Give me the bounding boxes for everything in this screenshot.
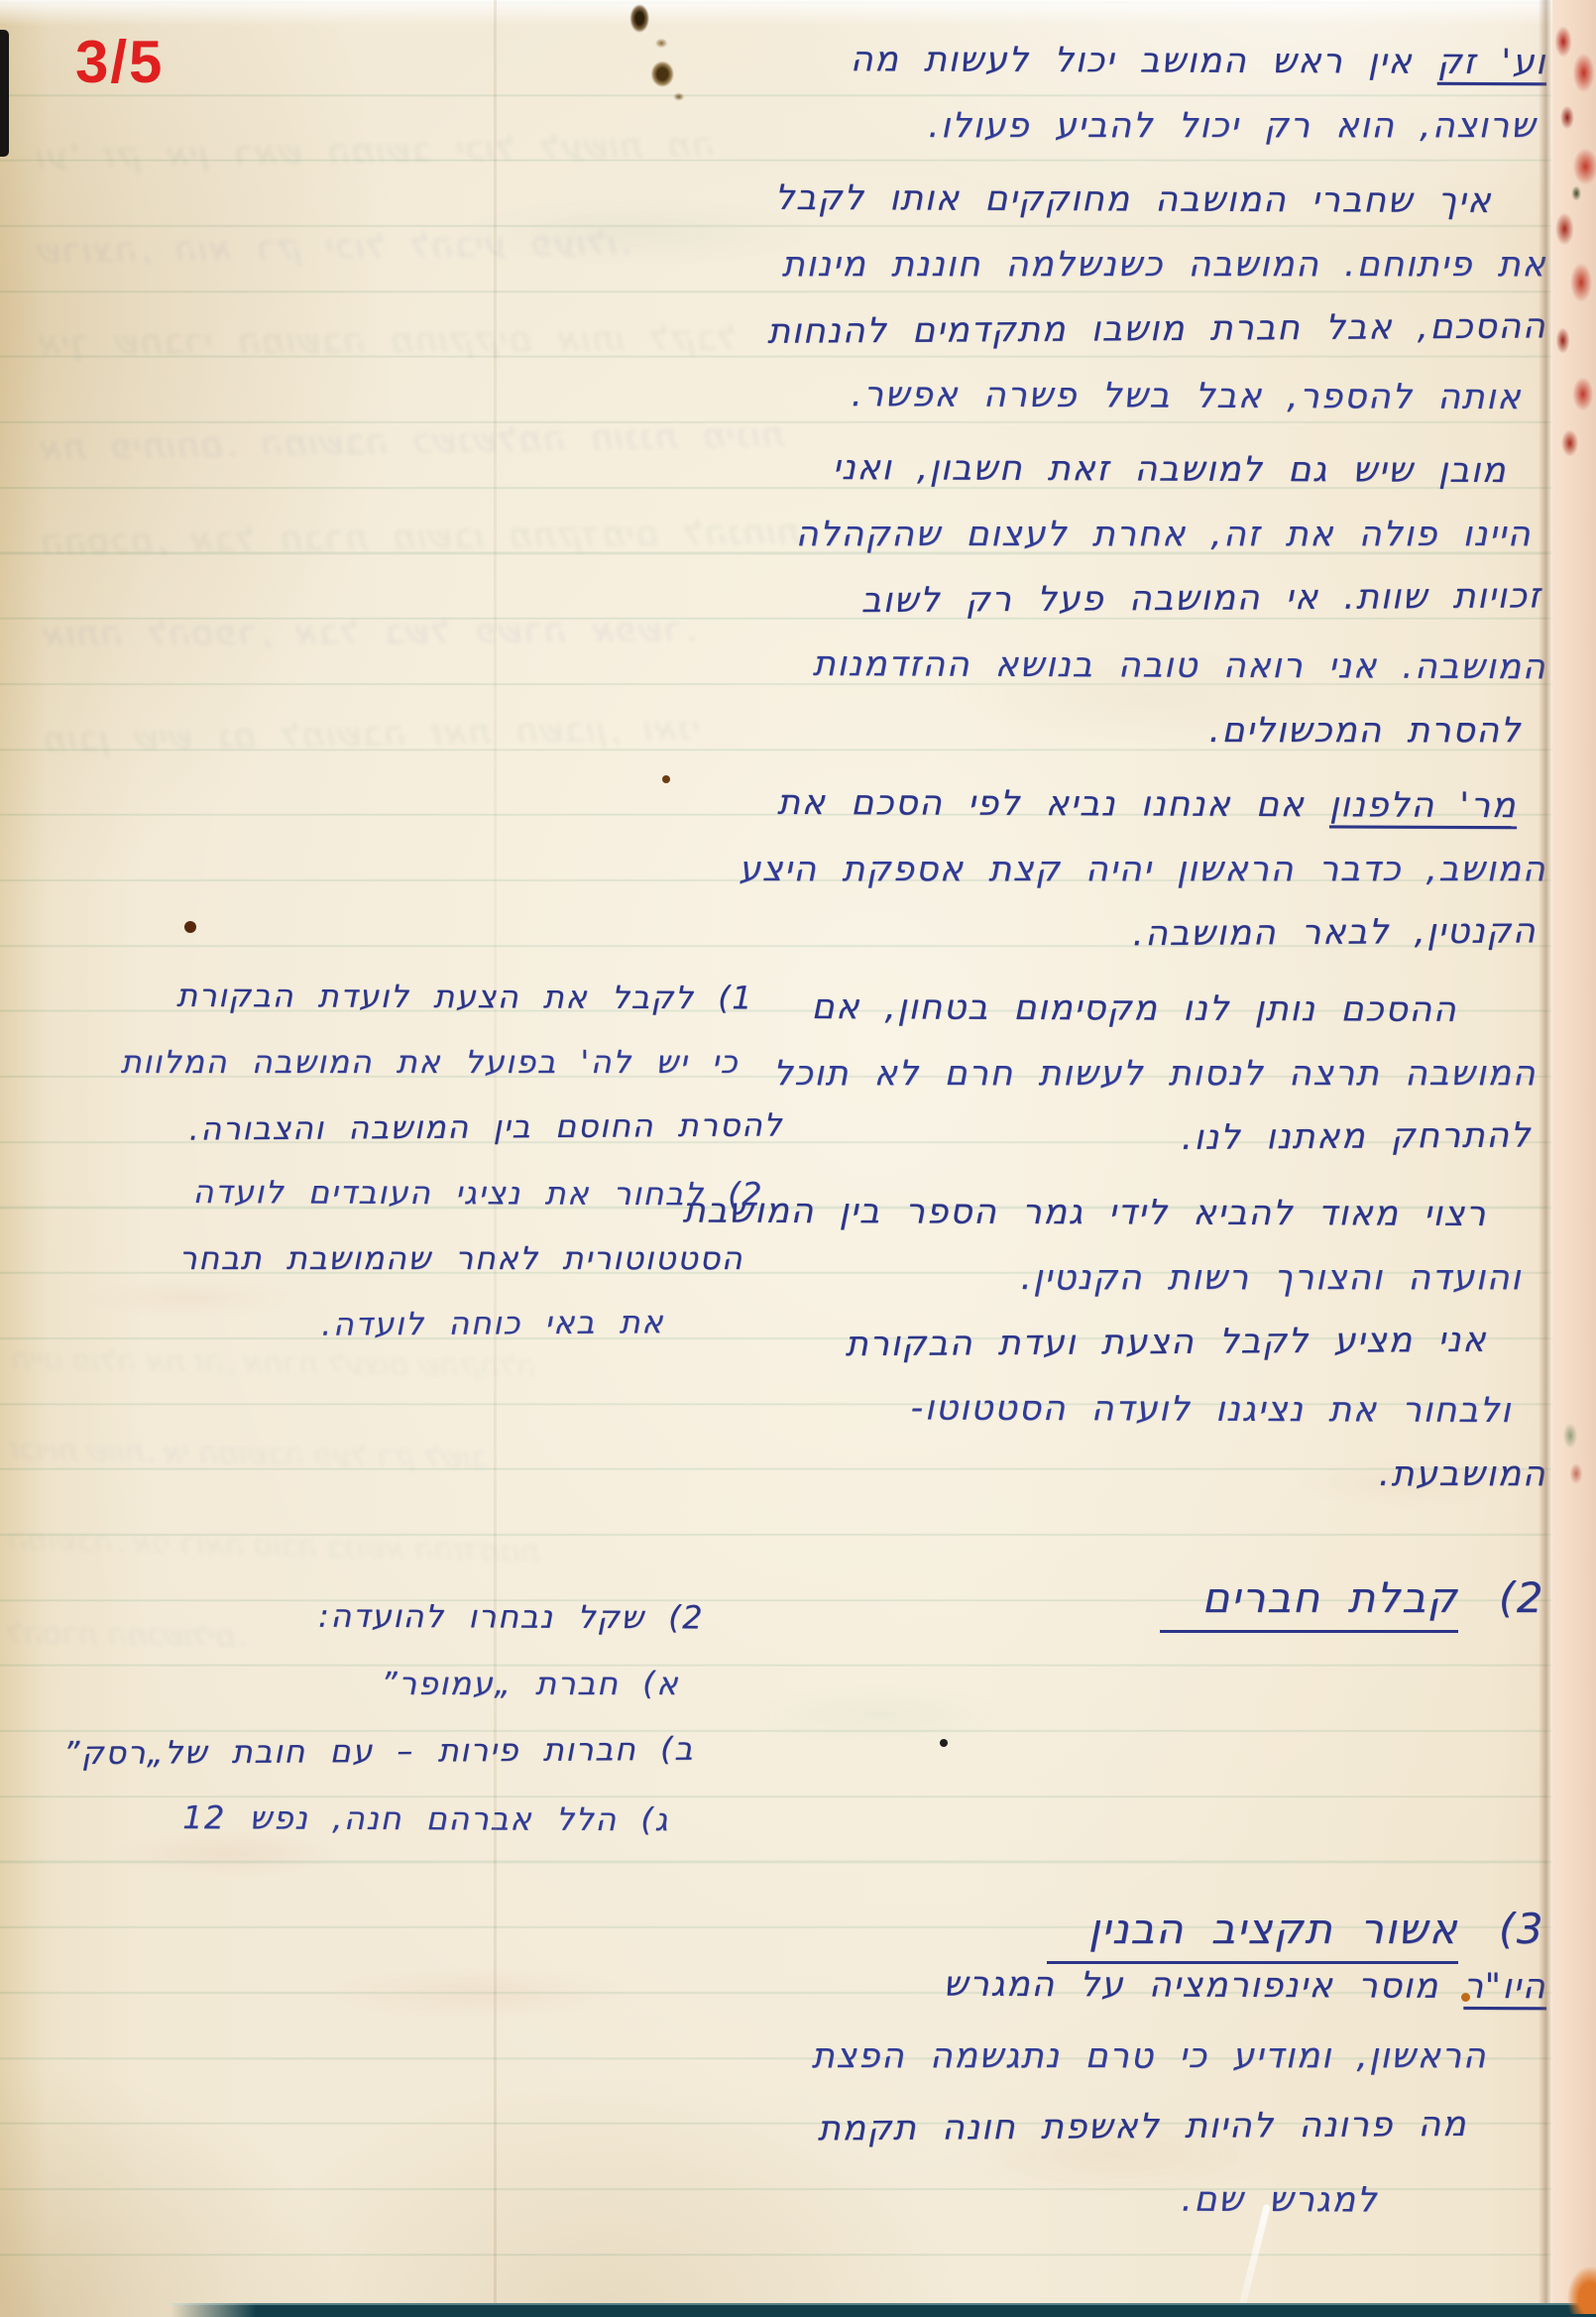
- ink-dot: [940, 1739, 948, 1747]
- handwritten-line: וע' זק אין ראש המושב יכול לעשות מה: [511, 26, 1546, 96]
- heading-title-underlined: קבלת חברים: [1160, 1573, 1458, 1633]
- scanned-notebook-page: וע' זק אין ראש המושב יכול לעשות מהשרוצה,…: [0, 0, 1596, 2317]
- handwritten-line: למגרש שם.: [511, 2161, 1546, 2238]
- ink-dot: [1461, 1993, 1470, 2002]
- handwritten-line: אותה להספר, אבל בשל פשרה אפשר.: [511, 361, 1546, 431]
- paragraph: איך שחברי המושבה מחוקקים אותו לקבלאת פית…: [511, 167, 1546, 428]
- handwritten-line: כי יש לה' בפועל את המושבה המלוות: [55, 1029, 783, 1095]
- handwritten-line: הסטטוטורית לאחר שהמושבת תבחר: [55, 1225, 783, 1291]
- paragraph: מובן שיש גם למושבה זאת חשבון, ואניהיינו …: [511, 436, 1546, 763]
- ghost-line: זכויות שוות. אי המושבה פעל רק לשוב: [10, 1405, 567, 1506]
- paragraph: וע' זק אין ראש המושב יכול לעשות מהשרוצה,…: [511, 28, 1546, 159]
- handwritten-line: 2) שקל נבחרו להועדה:: [55, 1581, 704, 1652]
- handwritten-line: המושבה. אני רואה טובה בנושא ההזדמנות: [511, 631, 1546, 701]
- handwritten-line: 2) לבחור את נציגי העובדים לועדה: [55, 1158, 783, 1226]
- handwritten-line: שרוצה, הוא רק יכול להביע פעולו.: [511, 93, 1546, 159]
- handwritten-line: מה פרונה להיות לאשפת חונה תקמת: [511, 2088, 1546, 2166]
- handwritten-line: היו"ר מוסר אינפורמציה על המגרש: [511, 1947, 1546, 2024]
- handwritten-line: 1) לקבל את הצעת לועדת הבקורת: [55, 962, 783, 1030]
- handwritten-line: את באי כוחה לועדה.: [55, 1288, 783, 1358]
- closing-paragraph: היו"ר מוסר אינפורמציה על המגרשהראשון, ומ…: [511, 1949, 1546, 2235]
- paragraph: מר' הלפנון אם אנחנו נביא לפי הסכם אתהמוש…: [511, 771, 1546, 968]
- handwritten-line: מובן שיש גם למושבה זאת חשבון, ואני: [511, 434, 1546, 505]
- left-edge-mark: [0, 30, 9, 157]
- page-number-label: 3/5: [75, 28, 164, 96]
- page-top-edge: [0, 0, 1596, 26]
- handwritten-line: איך שחברי המושבה מחוקקים אותו לקבל: [511, 165, 1546, 235]
- heading-accepting-members: 2) קבלת חברים: [1160, 1568, 1544, 1628]
- handwritten-line: את פיתוחם. המושבה כשנשלמה חוננת מינות: [511, 232, 1546, 297]
- center-fold-crease: [494, 0, 497, 2317]
- book-edge-strip: [1552, 0, 1596, 2317]
- handwritten-line: המושב, כדבר הראשון יהיה קצת אספקת היצע: [511, 837, 1546, 902]
- handwritten-line: ולבחור את נציגנו לועדה הסטטוטו-: [511, 1374, 1546, 1445]
- handwritten-line: הקנטין, לבאר המושבה.: [511, 898, 1546, 971]
- handwritten-line: א) חברת „עמופר”: [55, 1650, 704, 1717]
- right-fold-crease: [1539, 0, 1552, 2317]
- bottom-scan-edge: [171, 2303, 1596, 2317]
- handwritten-line: ההסכם, אבל חברת מושבו מתקדמים להנחות: [511, 293, 1546, 366]
- marbled-cover-edge: [1552, 24, 1596, 470]
- handwritten-line: להסרת החוסם בין המושבה והצבורה.: [55, 1092, 783, 1162]
- handwritten-line: ג) הלל אברהם חנה, נפש 12: [55, 1784, 704, 1854]
- handwritten-line: היינו פולה את זה, אחרת לעצום שהקהלה: [511, 502, 1546, 567]
- handwritten-line: להסרת המכשולים.: [511, 698, 1546, 763]
- elected-members-list: 2) שקל נבחרו להועדה:א) חברת „עמופר”ב) חב…: [55, 1582, 704, 1852]
- left-resolution-text: 1) לקבל את הצעת לועדת הבקורתכי יש לה' בפ…: [55, 964, 783, 1356]
- edge-color-blob: [1552, 1412, 1592, 1507]
- bottom-corner-mark: [1548, 2259, 1596, 2314]
- handwritten-line: זכויות שוות. אי המושבה פעל רק לשוב: [511, 563, 1546, 636]
- ink-dot: [184, 921, 196, 933]
- handwritten-line: המושבעת.: [511, 1442, 1546, 1507]
- handwritten-line: ב) חברות פירות – עם חובת של„רסק”: [55, 1715, 704, 1788]
- handwritten-line: הראשון, ומודיע כי טרם נתגשמה הפצת: [511, 2021, 1546, 2092]
- ink-dot: [662, 775, 670, 783]
